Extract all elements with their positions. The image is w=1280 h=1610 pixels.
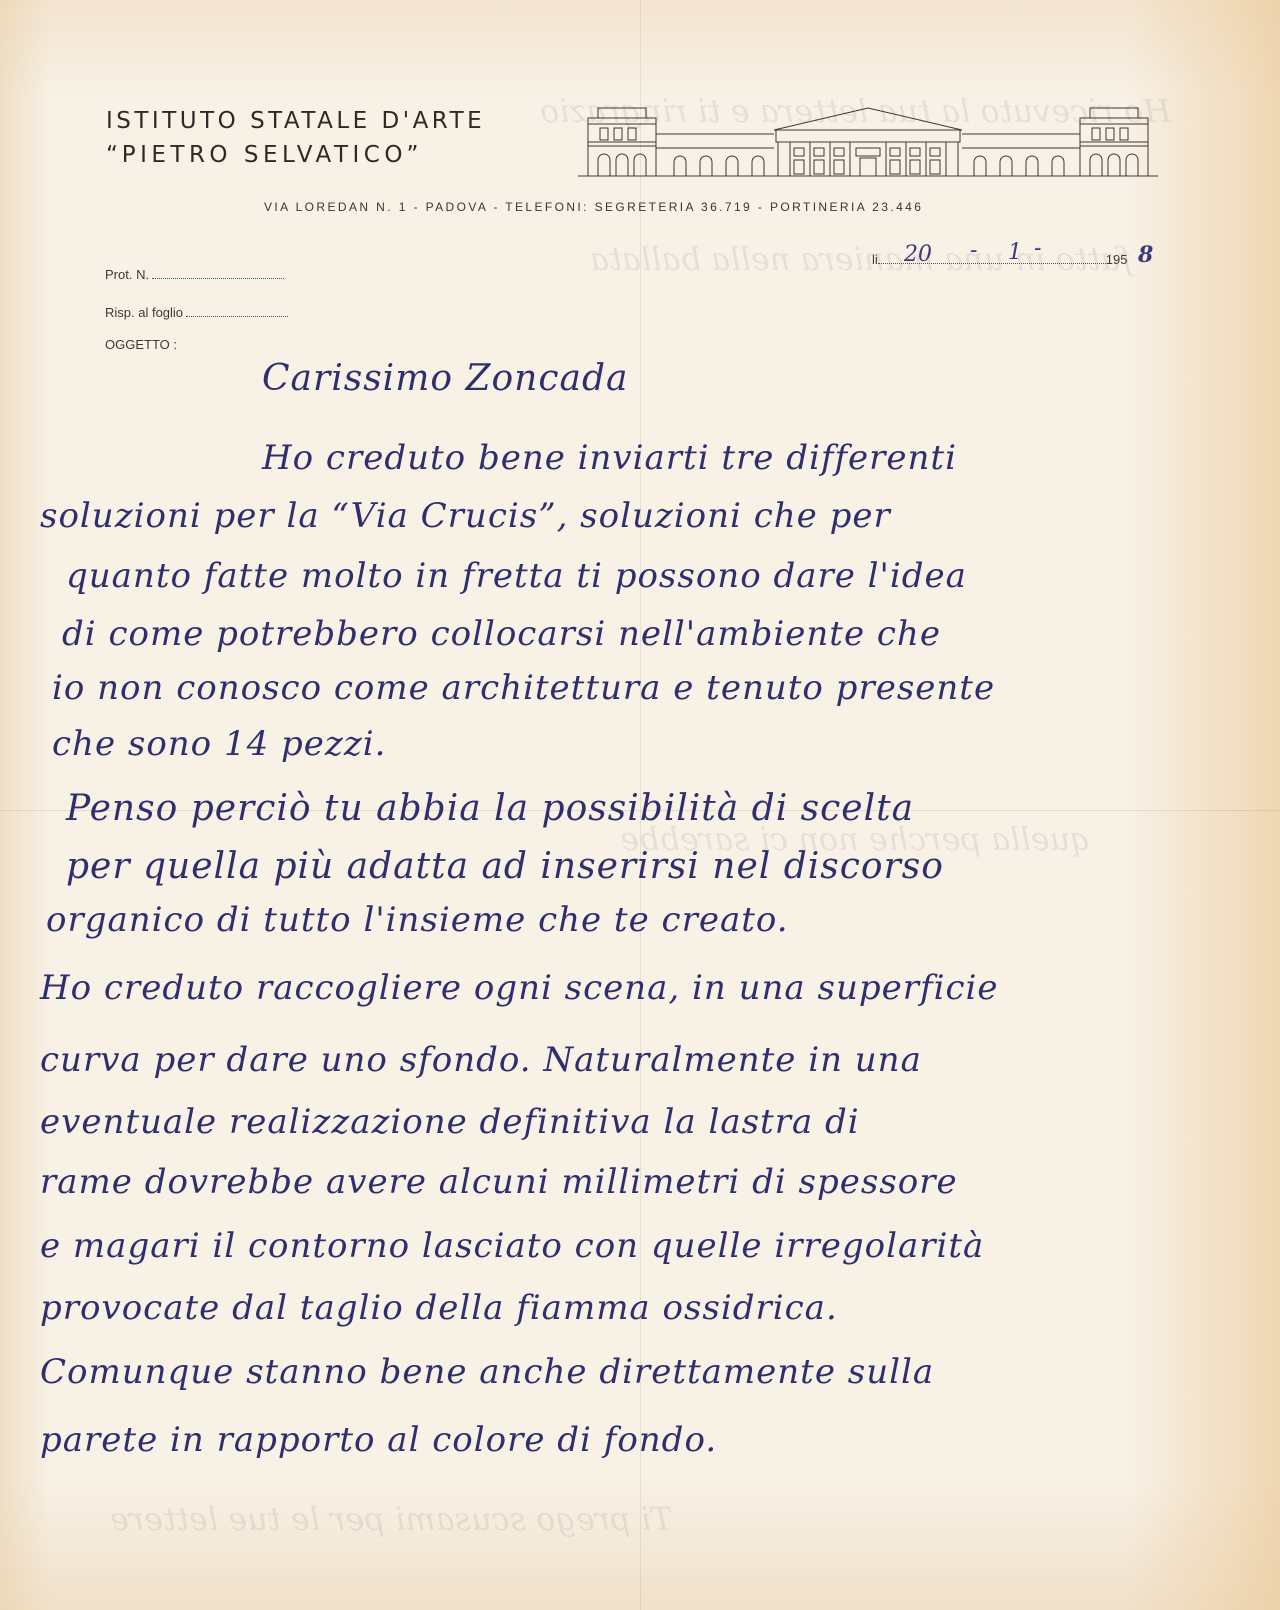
institution-name: ISTITUTO STATALE D'ARTE “PIETRO SELVATIC… <box>106 104 485 172</box>
date-separator-1: - <box>970 238 977 263</box>
letter-line-9: organico di tutto l'insieme che te creat… <box>46 900 789 940</box>
protocol-dotted-line <box>152 267 284 279</box>
subject-field: OGGETTO : <box>105 337 177 352</box>
letter-line-2: soluzioni per la “Via Crucis”, soluzioni… <box>40 496 891 536</box>
letter-line-5: io non conosco come architettura e tenut… <box>52 668 995 708</box>
letter-line-17: parete in rapporto al colore di fondo. <box>40 1420 717 1460</box>
letter-line-8: per quella più adatta ad inserirsi nel d… <box>66 846 944 887</box>
letter-page: Ho ricevuto la tua lettera e ti ringrazi… <box>0 0 1280 1610</box>
letter-line-4: di come potrebbero collocarsi nell'ambie… <box>62 614 941 654</box>
letter-line-7: Penso perciò tu abbia la possibilità di … <box>66 788 914 829</box>
letter-line-10: Ho creduto raccogliere ogni scena, in un… <box>40 968 998 1008</box>
date-year-prefix: 195 <box>1106 252 1128 267</box>
subject-label: OGGETTO : <box>105 337 177 352</box>
letter-salutation: Carissimo Zoncada <box>262 358 628 399</box>
institution-line-2: “PIETRO SELVATICO” <box>106 138 485 172</box>
letter-line-1: Ho creduto bene inviarti tre differenti <box>262 438 957 478</box>
letter-line-3: quanto fatte molto in fretta ti possono … <box>66 556 967 596</box>
institution-address: VIA LOREDAN N. 1 - PADOVA - TELEFONI: SE… <box>264 200 923 214</box>
institution-line-1: ISTITUTO STATALE D'ARTE <box>106 104 485 138</box>
letter-line-6: che sono 14 pezzi. <box>52 724 386 764</box>
reply-to-field: Risp. al foglio <box>105 305 288 320</box>
reply-dotted-line <box>186 305 288 317</box>
letter-line-14: e magari il contorno lasciato con quelle… <box>40 1226 984 1266</box>
date-year-digit: 8 <box>1138 242 1153 268</box>
letter-line-13: rame dovrebbe avere alcuni millimetri di… <box>40 1162 958 1202</box>
date-month: 1 <box>1008 240 1022 265</box>
letter-line-11: curva per dare uno sfondo. Naturalmente … <box>40 1040 922 1080</box>
date-separator-2: - <box>1034 236 1041 261</box>
letter-line-12: eventuale realizzazione definitiva la la… <box>40 1102 860 1142</box>
letter-line-15: provocate dal taglio della fiamma ossidr… <box>40 1288 838 1328</box>
reply-label: Risp. al foglio <box>105 305 183 320</box>
letter-line-16: Comunque stanno bene anche direttamente … <box>40 1352 934 1392</box>
protocol-label: Prot. N. <box>105 267 149 282</box>
show-through-text: Ti prego scusami per le tue lettere <box>110 1500 672 1538</box>
protocol-number-field: Prot. N. <box>105 267 284 282</box>
date-day: 20 <box>904 242 932 267</box>
building-facade-icon <box>578 100 1158 178</box>
